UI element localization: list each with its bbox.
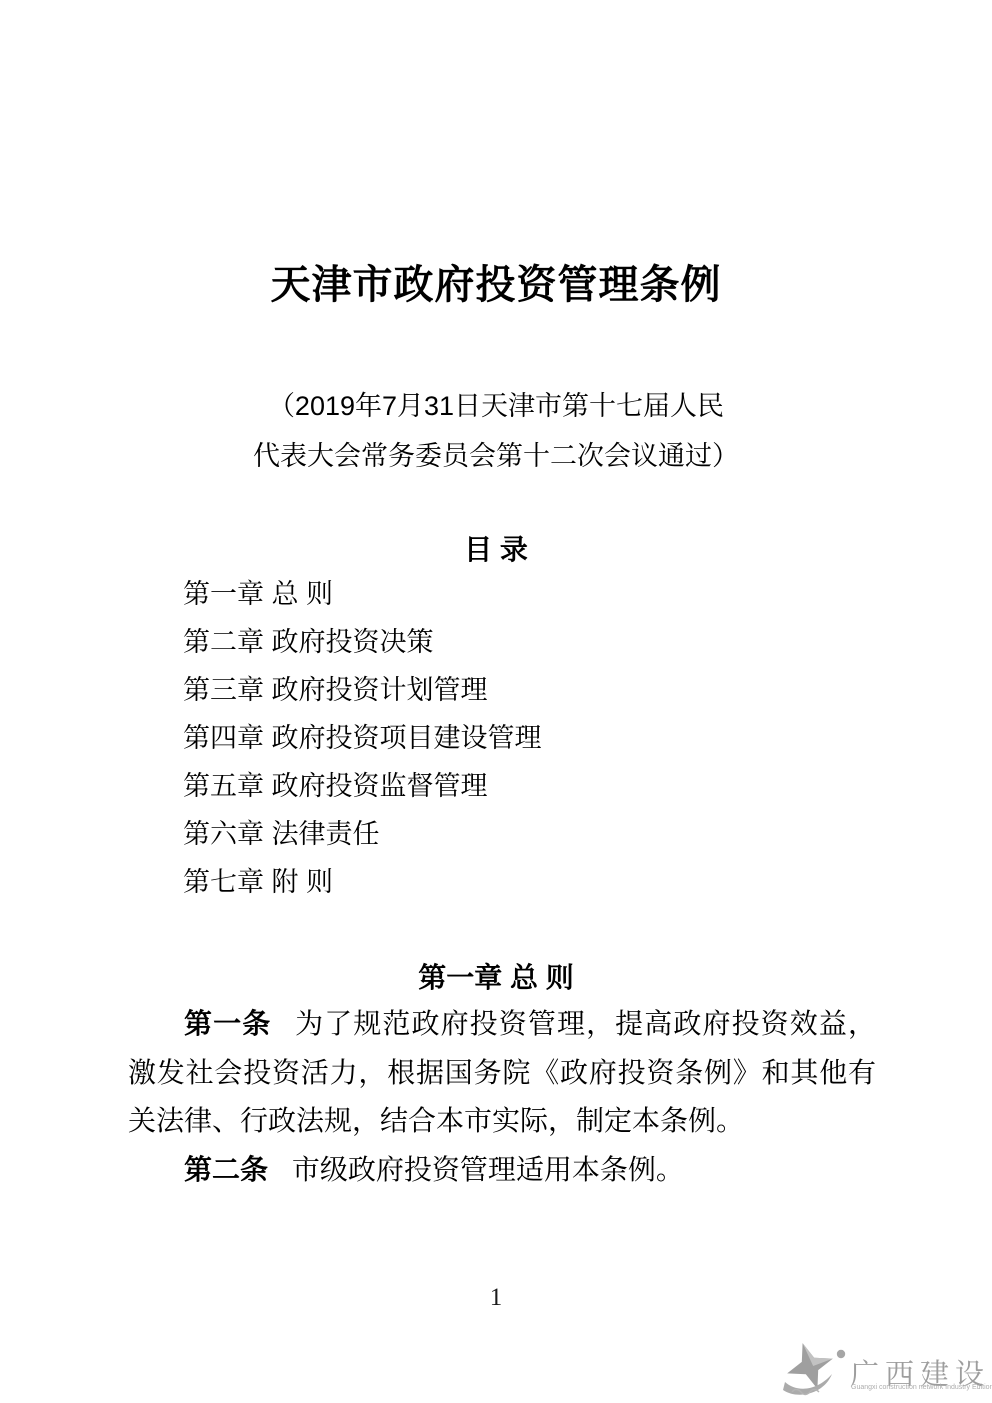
article-2-text: 市级政府投资管理适用本条例。 — [292, 1155, 684, 1186]
toc-item-chapter-5: 第五章 政府投资监督管理 — [183, 762, 542, 810]
toc-heading: 目 录 — [0, 528, 992, 568]
toc-item-chapter-1: 第一章 总 则 — [183, 570, 542, 618]
star-logo-icon — [780, 1340, 848, 1398]
article-1: 第一条为了规范政府投资管理，提高政府投资效益，激发社会投资活力，根据国务院《政府… — [128, 1001, 876, 1147]
toc-item-chapter-7: 第七章 附 则 — [183, 858, 542, 906]
toc-item-chapter-4: 第四章 政府投资项目建设管理 — [183, 714, 542, 762]
watermark: 广西建设网 Guangxi construction network Indus… — [780, 1338, 992, 1398]
document-title: 天津市政府投资管理条例 — [0, 253, 992, 310]
toc-list: 第一章 总 则 第二章 政府投资决策 第三章 政府投资计划管理 第四章 政府投资… — [183, 570, 542, 906]
toc-item-chapter-2: 第二章 政府投资决策 — [183, 618, 542, 666]
document-subtitle: （2019年7月31日天津市第十七届人民 代表大会常务委员会第十二次会议通过） — [0, 381, 992, 481]
article-paragraphs: 第一条为了规范政府投资管理，提高政府投资效益，激发社会投资活力，根据国务院《政府… — [128, 1001, 876, 1195]
article-2-number: 第二条 — [184, 1155, 268, 1186]
document-page: 天津市政府投资管理条例 （2019年7月31日天津市第十七届人民 代表大会常务委… — [0, 0, 992, 1403]
article-2: 第二条市级政府投资管理适用本条例。 — [128, 1147, 876, 1196]
page-number: 1 — [0, 1284, 992, 1312]
subtitle-line-1: （2019年7月31日天津市第十七届人民 — [0, 381, 992, 431]
article-1-number: 第一条 — [184, 1009, 271, 1040]
toc-item-chapter-3: 第三章 政府投资计划管理 — [183, 666, 542, 714]
toc-item-chapter-6: 第六章 法律责任 — [183, 810, 542, 858]
chapter-1-heading: 第一章 总 则 — [0, 956, 992, 996]
watermark-tagline: Guangxi construction network Industry Ed… — [851, 1384, 992, 1391]
subtitle-line-2: 代表大会常务委员会第十二次会议通过） — [0, 431, 992, 481]
